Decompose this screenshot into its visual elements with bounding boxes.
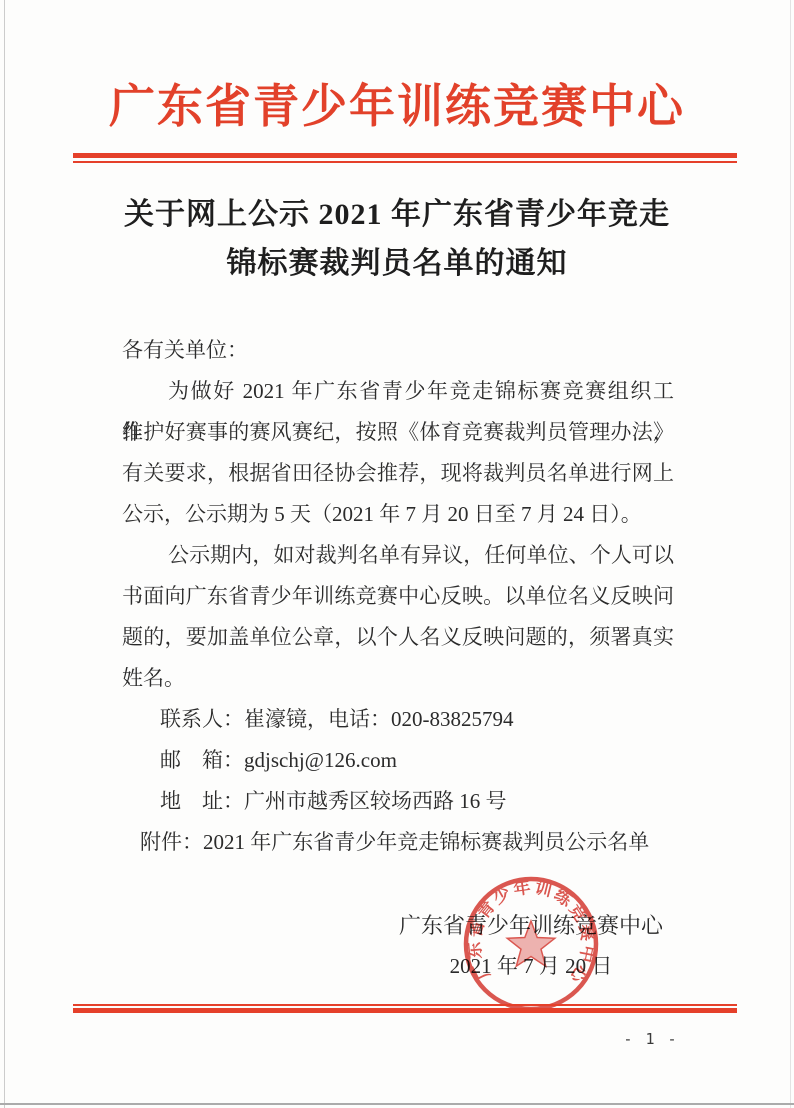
body-line: 附件：2021 年广东省青少年竞走锦标赛裁判员公示名单: [122, 822, 674, 863]
scan-edge-bottom: [0, 1103, 794, 1105]
signature-org: 广东省青少年训练竞赛中心: [386, 905, 676, 946]
body-line: 联系人：崔濠镜，电话：020-83825794: [122, 699, 674, 740]
footer-divider-thin-line: [73, 1004, 737, 1006]
document-title-line-1: 关于网上公示 2021 年广东省青少年竞走: [0, 190, 794, 239]
signature-date: 2021 年 7 月 20 日: [386, 946, 676, 987]
body-line: 题的，要加盖单位公章，以个人名义反映问题的，须署真实: [122, 617, 674, 658]
letterhead-org-name: 广东省青少年训练竞赛中心: [0, 70, 794, 136]
document-body: 各有关单位： 为做好 2021 年广东省青少年竞走锦标赛竞赛组织工作， 维护好赛…: [122, 330, 674, 863]
page-number: - 1 -: [616, 1030, 686, 1048]
body-line: 有关要求，根据省田径协会推荐，现将裁判员名单进行网上: [122, 453, 674, 494]
document-title-line-2: 锦标赛裁判员名单的通知: [0, 239, 794, 288]
signature-block: 广东省青少年训练竞赛中心 2021 年 7 月 20 日: [386, 905, 676, 987]
body-line: 书面向广东省青少年训练竞赛中心反映。以单位名义反映问: [122, 576, 674, 617]
body-line: 姓名。: [122, 658, 674, 699]
header-divider-thin-line: [73, 161, 737, 163]
body-line: 公示期内，如对裁判名单有异议，任何单位、个人可以: [122, 535, 674, 576]
body-line: 邮 箱：gdjschj@126.com: [122, 740, 674, 781]
document-page: 广东省青少年训练竞赛中心 关于网上公示 2021 年广东省青少年竞走 锦标赛裁判…: [0, 0, 794, 1108]
scan-edge-right: [790, 0, 791, 1108]
scan-edge-left: [4, 0, 5, 1108]
document-title: 关于网上公示 2021 年广东省青少年竞走 锦标赛裁判员名单的通知: [0, 190, 794, 288]
footer-divider-thick-line: [73, 1008, 737, 1013]
body-line: 各有关单位：: [122, 330, 674, 371]
header-divider-thick-line: [73, 153, 737, 158]
body-line: 为做好 2021 年广东省青少年竞走锦标赛竞赛组织工作，: [122, 371, 674, 412]
footer-divider: [73, 1004, 737, 1013]
header-divider: [73, 153, 737, 163]
body-line: 维护好赛事的赛风赛纪，按照《体育竞赛裁判员管理办法》: [122, 412, 674, 453]
body-line: 公示，公示期为 5 天（2021 年 7 月 20 日至 7 月 24 日）。: [122, 494, 674, 535]
body-line: 地 址：广州市越秀区较场西路 16 号: [122, 781, 674, 822]
